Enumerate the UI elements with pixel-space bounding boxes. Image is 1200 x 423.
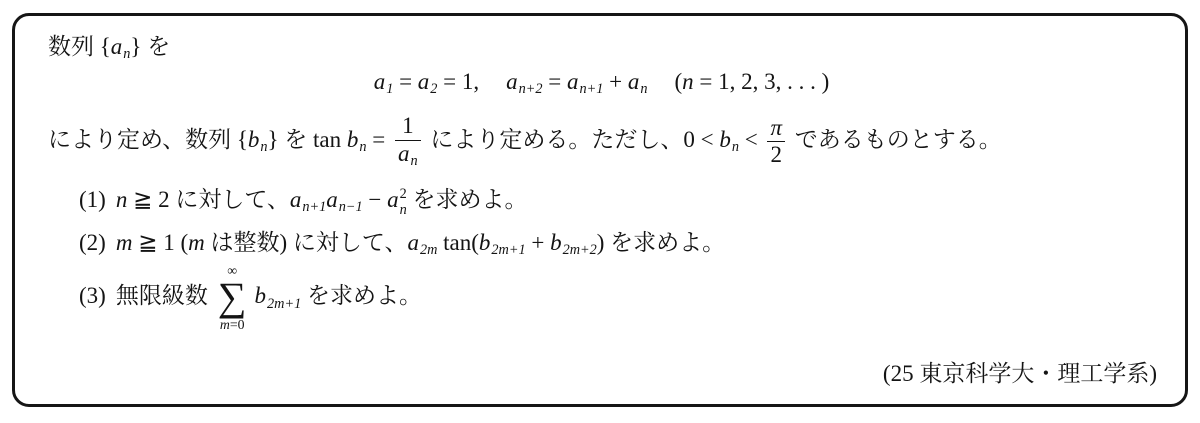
text-run: ≧ 2 に対して、 bbox=[127, 187, 290, 212]
math-op: 0 < bbox=[683, 127, 719, 152]
math-var: b bbox=[479, 230, 491, 255]
math-var: a bbox=[398, 141, 410, 166]
math-var: a bbox=[407, 230, 419, 255]
math-sub: n bbox=[400, 203, 407, 219]
fraction-numerator: π bbox=[767, 116, 785, 142]
question-number: (3) bbox=[79, 283, 106, 308]
source-credit: (25 東京科学大・理工学系) bbox=[883, 360, 1157, 388]
math-var: b bbox=[255, 283, 267, 308]
text-run: を求めよ。 bbox=[301, 283, 422, 308]
math-var: b bbox=[347, 127, 359, 152]
math-sub: n+1 bbox=[302, 199, 326, 215]
text-run: ) を求めよ。 bbox=[597, 230, 725, 255]
tan-function: tan( bbox=[437, 230, 479, 255]
math-var: a bbox=[506, 69, 518, 94]
math-var: a bbox=[387, 187, 399, 212]
math-op: < bbox=[739, 127, 763, 152]
text-run: } を bbox=[130, 34, 170, 59]
question-1: (1)n ≧ 2 に対して、an+1an−1 − a2n を求めよ。 bbox=[79, 185, 1155, 219]
math-op: = bbox=[367, 127, 391, 152]
math-op: =0 bbox=[230, 317, 245, 332]
math-sub: n+1 bbox=[580, 81, 604, 97]
math-sub: n bbox=[640, 81, 647, 97]
math-var: a bbox=[326, 187, 338, 212]
text-run: を求めよ。 bbox=[407, 187, 528, 212]
text-run: } を bbox=[268, 127, 314, 152]
math-sub: n bbox=[359, 139, 366, 155]
question-number: (2) bbox=[79, 230, 106, 255]
math-var: a bbox=[290, 187, 302, 212]
math-op: + bbox=[603, 69, 627, 94]
fraction-denominator: 2 bbox=[767, 141, 785, 168]
display-equation: a1 = a2 = 1,an+2 = an+1 + an(n = 1, 2, 3… bbox=[48, 67, 1155, 99]
question-number: (1) bbox=[79, 187, 106, 212]
math-var: b bbox=[719, 127, 731, 152]
define-line: により定め、数列 {bn} を tan bn = 1an により定める。ただし、… bbox=[48, 114, 1155, 170]
math-sub: 2m bbox=[420, 242, 437, 258]
math-var: n bbox=[682, 69, 694, 94]
math-op: = bbox=[543, 69, 567, 94]
math-sub: 2m+1 bbox=[491, 242, 525, 258]
math-var: m bbox=[220, 317, 230, 332]
math-var: b bbox=[550, 230, 562, 255]
problem-box: 数列 {an} を a1 = a2 = 1,an+2 = an+1 + an(n… bbox=[12, 13, 1188, 407]
math-var: b bbox=[248, 127, 260, 152]
sigma-icon: ∑ bbox=[218, 278, 247, 316]
intro-line: 数列 {an} を bbox=[48, 32, 1155, 64]
math-sub: n bbox=[411, 153, 418, 169]
math-var: m bbox=[116, 230, 133, 255]
text-run: は整数) に対して、 bbox=[205, 230, 408, 255]
math-sub: n bbox=[260, 139, 267, 155]
math-sub: n−1 bbox=[339, 199, 363, 215]
summation-symbol: ∞∑m=0 bbox=[218, 264, 247, 332]
math-var: n bbox=[116, 187, 128, 212]
math-var: a bbox=[374, 69, 386, 94]
fraction-numerator: 1 bbox=[395, 114, 421, 140]
question-list: (1)n ≧ 2 に対して、an+1an−1 − a2n を求めよ。 (2)m … bbox=[48, 185, 1155, 332]
sum-lower-limit: m=0 bbox=[220, 318, 245, 332]
math-op: = bbox=[393, 69, 417, 94]
math-op: − bbox=[363, 187, 387, 212]
math-op: + bbox=[526, 230, 550, 255]
question-3: (3)無限級数∞∑m=0b2m+1 を求めよ。 bbox=[79, 264, 1155, 332]
text-run: により定める。ただし、 bbox=[425, 127, 684, 152]
math-var: a bbox=[418, 69, 430, 94]
question-2: (2)m ≧ 1 (m は整数) に対して、a2m tan(b2m+1 + b2… bbox=[79, 228, 1155, 260]
fraction: 1an bbox=[395, 114, 421, 170]
text-run: により定め、数列 { bbox=[48, 127, 248, 152]
math-var: a bbox=[567, 69, 579, 94]
text-run: ≧ 1 ( bbox=[132, 230, 188, 255]
sup-sub-stack: 2n bbox=[400, 187, 407, 219]
tan-function: tan bbox=[313, 127, 347, 152]
math-var: m bbox=[188, 230, 205, 255]
math-sub: 2m+2 bbox=[563, 242, 597, 258]
math-op: = 1, bbox=[437, 69, 479, 94]
math-sup: 2 bbox=[400, 187, 407, 203]
math-sub: 2m+1 bbox=[267, 296, 301, 312]
text-run: であるものとする。 bbox=[789, 127, 1002, 152]
text-run: 無限級数 bbox=[116, 283, 208, 308]
math-sub: n bbox=[732, 139, 739, 155]
text-run: = 1, 2, 3, . . . ) bbox=[694, 69, 830, 94]
math-var: a bbox=[111, 34, 123, 59]
problem-content: 数列 {an} を a1 = a2 = 1,an+2 = an+1 + an(n… bbox=[15, 16, 1185, 404]
math-var: a bbox=[628, 69, 640, 94]
fraction: π2 bbox=[767, 116, 785, 169]
fraction-denominator: an bbox=[395, 140, 421, 170]
math-sub: n+2 bbox=[519, 81, 543, 97]
text-run: 数列 { bbox=[48, 34, 111, 59]
